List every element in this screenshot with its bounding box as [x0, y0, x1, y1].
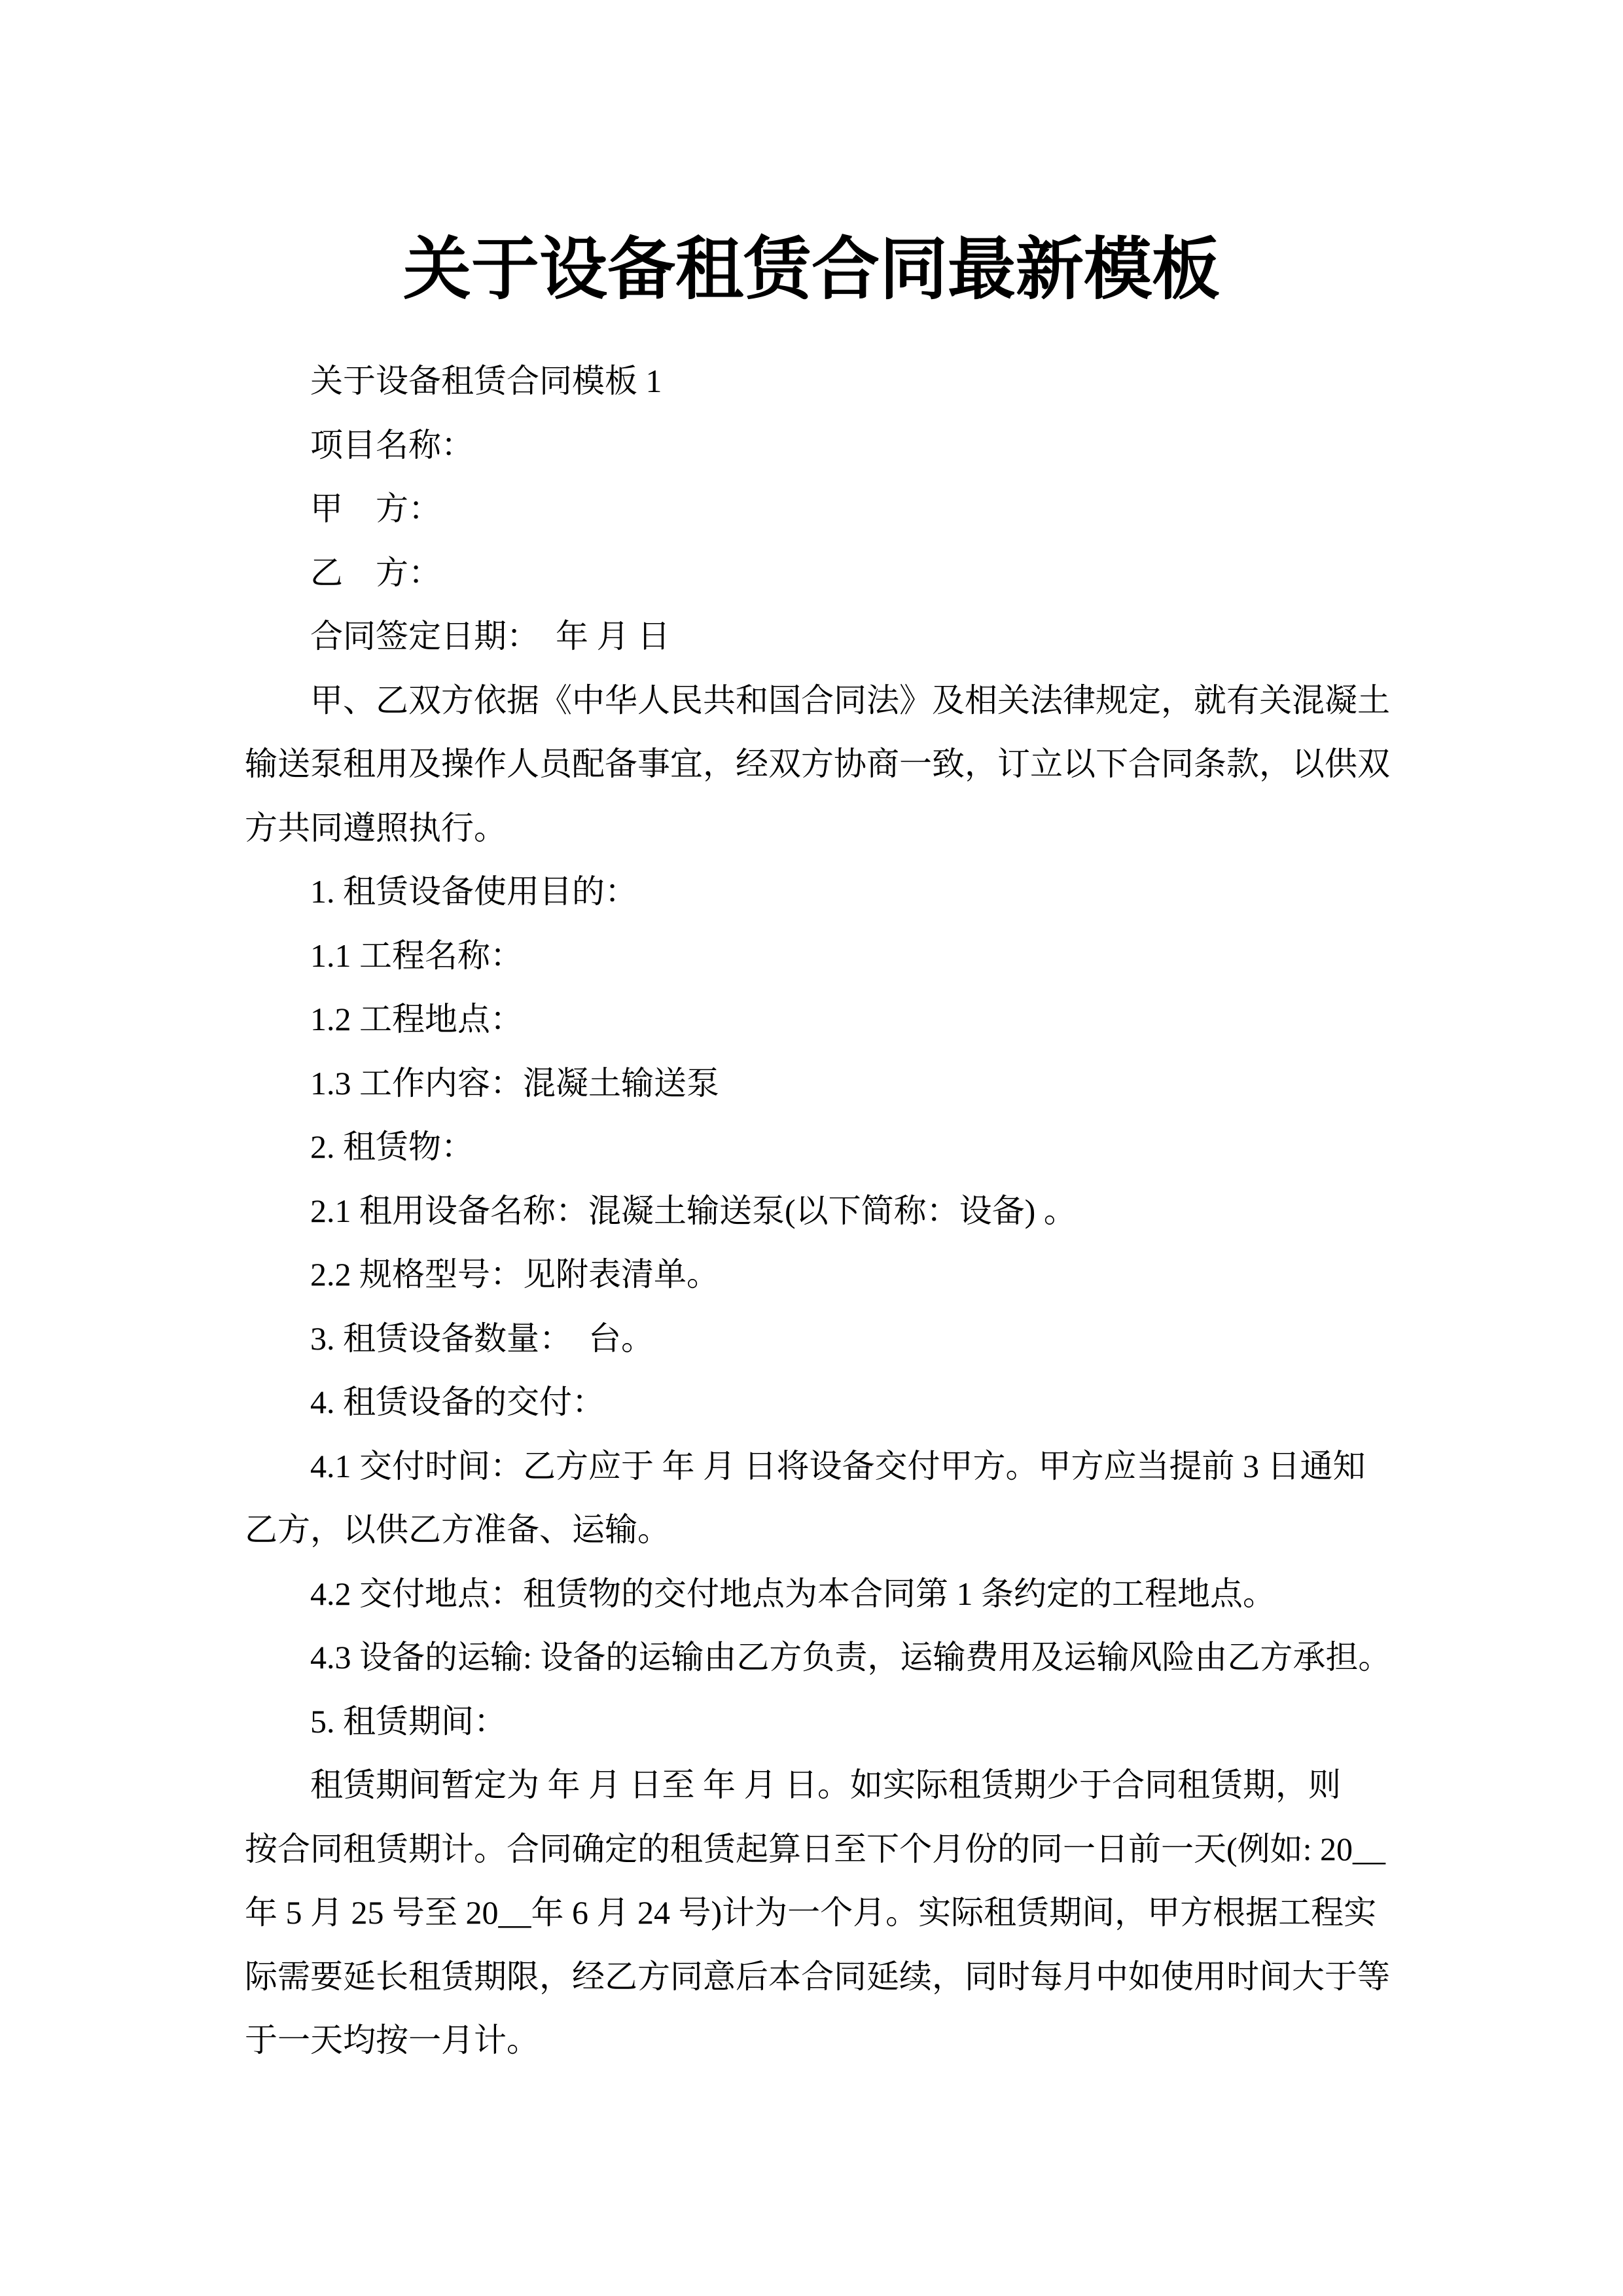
text-line: 乙 方：	[245, 541, 1380, 605]
text-line: 甲 方：	[245, 477, 1380, 541]
text-line: 年 5 月 25 号至 20__年 6 月 24 号)计为一个月。实际租赁期间，…	[245, 1881, 1380, 1945]
text-line: 合同签定日期： 年 月 日	[245, 605, 1380, 669]
text-line: 2.1 租用设备名称：混凝土输送泵(以下简称：设备) 。	[245, 1179, 1380, 1244]
text-line: 4.3 设备的运输: 设备的运输由乙方负责，运输费用及运输风险由乙方承担。	[245, 1626, 1380, 1690]
text-line: 际需要延长租赁期限，经乙方同意后本合同延续，同时每月中如使用时间大于等	[245, 1945, 1380, 2009]
text-line: 甲、乙双方依据《中华人民共和国合同法》及相关法律规定，就有关混凝土	[245, 669, 1380, 733]
text-line: 4.1 交付时间：乙方应于 年 月 日将设备交付甲方。甲方应当提前 3 日通知	[245, 1435, 1380, 1499]
document-title: 关于设备租赁合同最新模板	[0, 0, 1623, 319]
text-line: 输送泵租用及操作人员配备事宜，经双方协商一致，订立以下合同条款，以供双	[245, 732, 1380, 797]
text-line: 关于设备租赁合同模板 1	[245, 350, 1380, 414]
text-line: 1.2 工程地点：	[245, 988, 1380, 1052]
document-body: 关于设备租赁合同模板 1项目名称：甲 方：乙 方：合同签定日期： 年 月 日甲、…	[245, 350, 1380, 2073]
text-line: 5. 租赁期间：	[245, 1690, 1380, 1754]
text-line: 乙方，以供乙方准备、运输。	[245, 1498, 1380, 1562]
text-line: 1.1 工程名称：	[245, 924, 1380, 988]
text-line: 3. 租赁设备数量： 台。	[245, 1307, 1380, 1371]
text-line: 项目名称：	[245, 414, 1380, 478]
text-line: 2.2 规格型号：见附表清单。	[245, 1243, 1380, 1307]
text-line: 租赁期间暂定为 年 月 日至 年 月 日。如实际租赁期少于合同租赁期，则	[245, 1753, 1380, 1818]
text-line: 1. 租赁设备使用目的：	[245, 860, 1380, 924]
text-line: 方共同遵照执行。	[245, 797, 1380, 861]
text-line: 2. 租赁物：	[245, 1115, 1380, 1179]
text-line: 4.2 交付地点：租赁物的交付地点为本合同第 1 条约定的工程地点。	[245, 1562, 1380, 1626]
contract-document-page: 关于设备租赁合同最新模板 关于设备租赁合同模板 1项目名称：甲 方：乙 方：合同…	[0, 0, 1623, 2296]
text-line: 4. 租赁设备的交付：	[245, 1371, 1380, 1435]
text-line: 于一天均按一月计。	[245, 2009, 1380, 2073]
text-line: 按合同租赁期计。合同确定的租赁起算日至下个月份的同一日前一天(例如: 20__	[245, 1818, 1380, 1882]
text-line: 1.3 工作内容：混凝土输送泵	[245, 1052, 1380, 1116]
